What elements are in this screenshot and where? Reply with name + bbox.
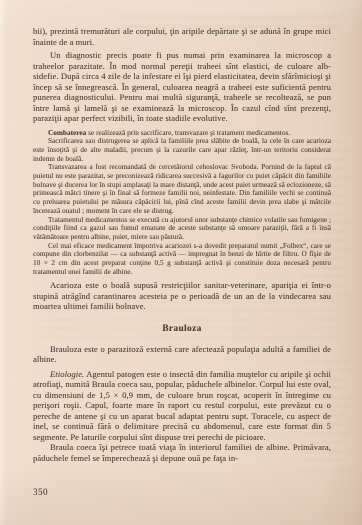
text-block: bii), prezintă tremurături ale corpului,…	[33, 26, 331, 463]
paragraph-diagnostic: Un diagnostic precis poate fi pus numai …	[33, 50, 331, 124]
paragraph-transvazarea: Transvazarea a fost recomandată de cerce…	[33, 163, 331, 215]
paragraph-brauloza-intro: Brauloza este o parazitoză externă care …	[33, 344, 331, 365]
book-page: bii), prezintă tremurături ale corpului,…	[0, 0, 362, 525]
page-number: 350	[33, 487, 48, 497]
paragraph-tratamentul: Tratamentul medicamentos se execută cu a…	[33, 216, 331, 242]
paragraph-text: Cel mai eficace medicament împotriva aca…	[33, 242, 331, 276]
paragraph-text: se realizează prin sacrificare, transvaz…	[86, 129, 290, 137]
paragraph-continuation: bii), prezintă tremurături ale corpului,…	[33, 26, 331, 47]
paragraph-etiologie: Etiologie. Agentul patogen este o insect…	[33, 369, 331, 443]
paragraph-text: Transvazarea a fost recomandată de cerce…	[33, 163, 331, 215]
paragraph-braula-life: Braula coeca îşi petrece toată viaţa în …	[33, 442, 331, 463]
italic-lead: Etiologie.	[50, 369, 84, 379]
paragraph-text: Sacrificarea sau distrugerea se aplică l…	[33, 137, 331, 162]
paragraph-quarantine: Acarioza este o boală supusă restricţiil…	[33, 280, 331, 312]
paragraph-text: Tratamentul medicamentos se execută cu a…	[33, 216, 331, 241]
bold-lead: Combaterea	[48, 129, 86, 137]
paragraph-combaterea: Combaterea se realizează prin sacrificar…	[33, 129, 331, 138]
paragraph-text: Agentul patogen este o insectă din famil…	[33, 369, 331, 442]
section-heading-brauloza: Brauloza	[33, 324, 331, 334]
paragraph-sacrificarea: Sacrificarea sau distrugerea se aplică l…	[33, 137, 331, 163]
paragraph-folbex: Cel mai eficace medicament împotriva aca…	[33, 242, 331, 277]
small-print-section: Combaterea se realizează prin sacrificar…	[33, 129, 331, 277]
